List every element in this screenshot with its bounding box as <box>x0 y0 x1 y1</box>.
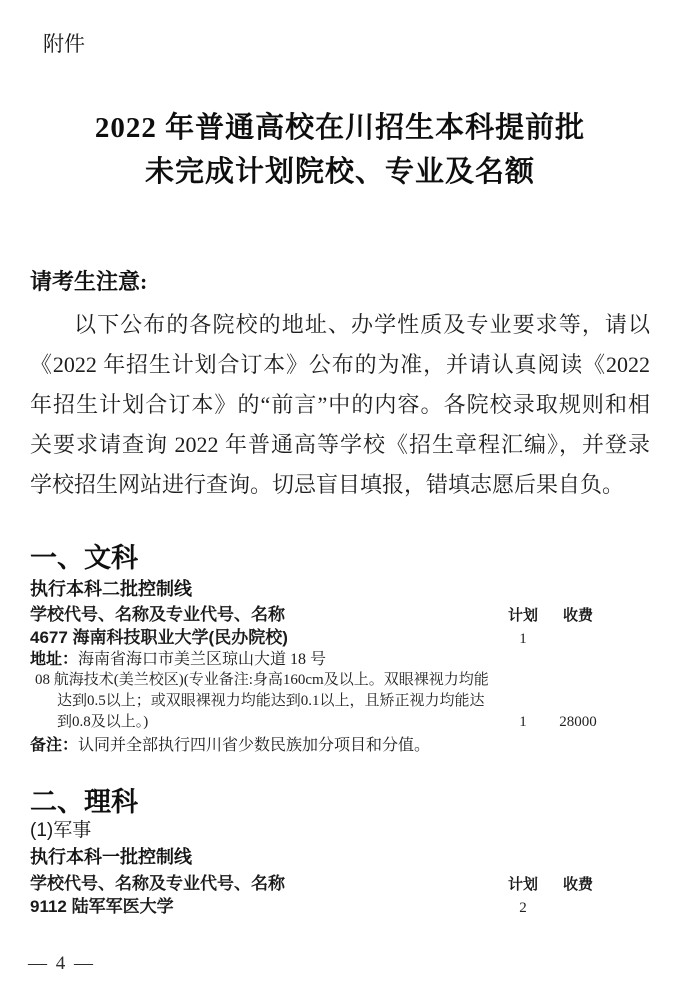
address-line: 地址：海南省海口市美兰区琼山大道 18 号 <box>30 650 650 670</box>
address-label: 地址： <box>30 651 78 668</box>
notice-heading: 请考生注意: <box>30 270 650 294</box>
major-row: 08 航海技术(美兰校区)(专业备注:身高160cm及以上。双眼裸视力均能 达到… <box>30 670 650 733</box>
major-line: 达到0.5以上；或双眼裸视力均能达到0.1以上，且矫正视力均能达 <box>57 691 498 712</box>
major-line: 08 航海技术(美兰校区)(专业备注:身高160cm及以上。双眼裸视力均能 <box>35 670 498 691</box>
section-heading: 一、文科 <box>30 541 650 575</box>
column-fee-header: 收费 <box>548 605 608 627</box>
document-page: 附件 2022 年普通高校在川招生本科提前批 未完成计划院校、专业及名额 请考生… <box>0 0 680 1002</box>
notice-paragraph: 以下公布的各院校的地址、办学性质及专业要求等，请以 《2022 年招生计划合订本… <box>30 305 650 505</box>
plan-value: 1 <box>498 712 548 733</box>
paragraph-line: 以下公布的各院校的地址、办学性质及专业要求等，请以 <box>30 305 650 345</box>
control-line-label: 执行本科二批控制线 <box>30 578 650 600</box>
table-header-row: 学校代号、名称及专业代号、名称 计划 收费 <box>30 604 650 627</box>
column-name-header: 学校代号、名称及专业代号、名称 <box>30 604 498 626</box>
major-lines: 08 航海技术(美兰校区)(专业备注:身高160cm及以上。双眼裸视力均能 达到… <box>30 670 498 733</box>
school-row: 9112 陆军军医大学 2 <box>30 896 650 919</box>
control-line-label: 执行本科一批控制线 <box>30 846 650 868</box>
subcategory-label: (1)军事 <box>30 819 650 843</box>
table-header-row: 学校代号、名称及专业代号、名称 计划 收费 <box>30 873 650 896</box>
school-name: 4677 海南科技职业大学(民办院校) <box>30 627 498 649</box>
section-heading: 二、理科 <box>30 785 650 819</box>
page-number: — 4 — <box>28 954 95 974</box>
column-plan-header: 计划 <box>498 605 548 627</box>
major-line: 到0.8及以上。) <box>57 712 498 733</box>
paragraph-line: 年招生计划合订本》的“前言”中的内容。各院校录取规则和相 <box>30 385 650 425</box>
note-value: 认同并全部执行四川省少数民族加分项目和分值。 <box>78 737 430 754</box>
document-title: 2022 年普通高校在川招生本科提前批 未完成计划院校、专业及名额 <box>30 106 650 194</box>
section-science: 二、理科 (1)军事 执行本科一批控制线 学校代号、名称及专业代号、名称 计划 … <box>30 785 650 919</box>
note-line: 备注：认同并全部执行四川省少数民族加分项目和分值。 <box>30 735 650 757</box>
plan-value: 1 <box>498 628 548 650</box>
paragraph-line: 学校招生网站进行查询。切忌盲目填报，错填志愿后果自负。 <box>30 465 650 505</box>
title-line-1: 2022 年普通高校在川招生本科提前批 <box>30 106 650 150</box>
section-liberal-arts: 一、文科 执行本科二批控制线 学校代号、名称及专业代号、名称 计划 收费 467… <box>30 541 650 757</box>
address-value: 海南省海口市美兰区琼山大道 18 号 <box>78 651 326 668</box>
column-plan-header: 计划 <box>498 874 548 896</box>
attachment-label: 附件 <box>43 33 650 57</box>
column-name-header: 学校代号、名称及专业代号、名称 <box>30 873 498 895</box>
fee-value: 28000 <box>548 712 608 733</box>
school-name: 9112 陆军军医大学 <box>30 896 498 918</box>
paragraph-line: 关要求请查询 2022 年普通高等学校《招生章程汇编》，并登录 <box>30 425 650 465</box>
note-label: 备注： <box>30 737 78 754</box>
plan-value: 2 <box>498 897 548 919</box>
title-line-2: 未完成计划院校、专业及名额 <box>30 150 650 194</box>
school-row: 4677 海南科技职业大学(民办院校) 1 <box>30 627 650 650</box>
column-fee-header: 收费 <box>548 874 608 896</box>
paragraph-line: 《2022 年招生计划合订本》公布的为准，并请认真阅读《2022 <box>30 345 650 385</box>
